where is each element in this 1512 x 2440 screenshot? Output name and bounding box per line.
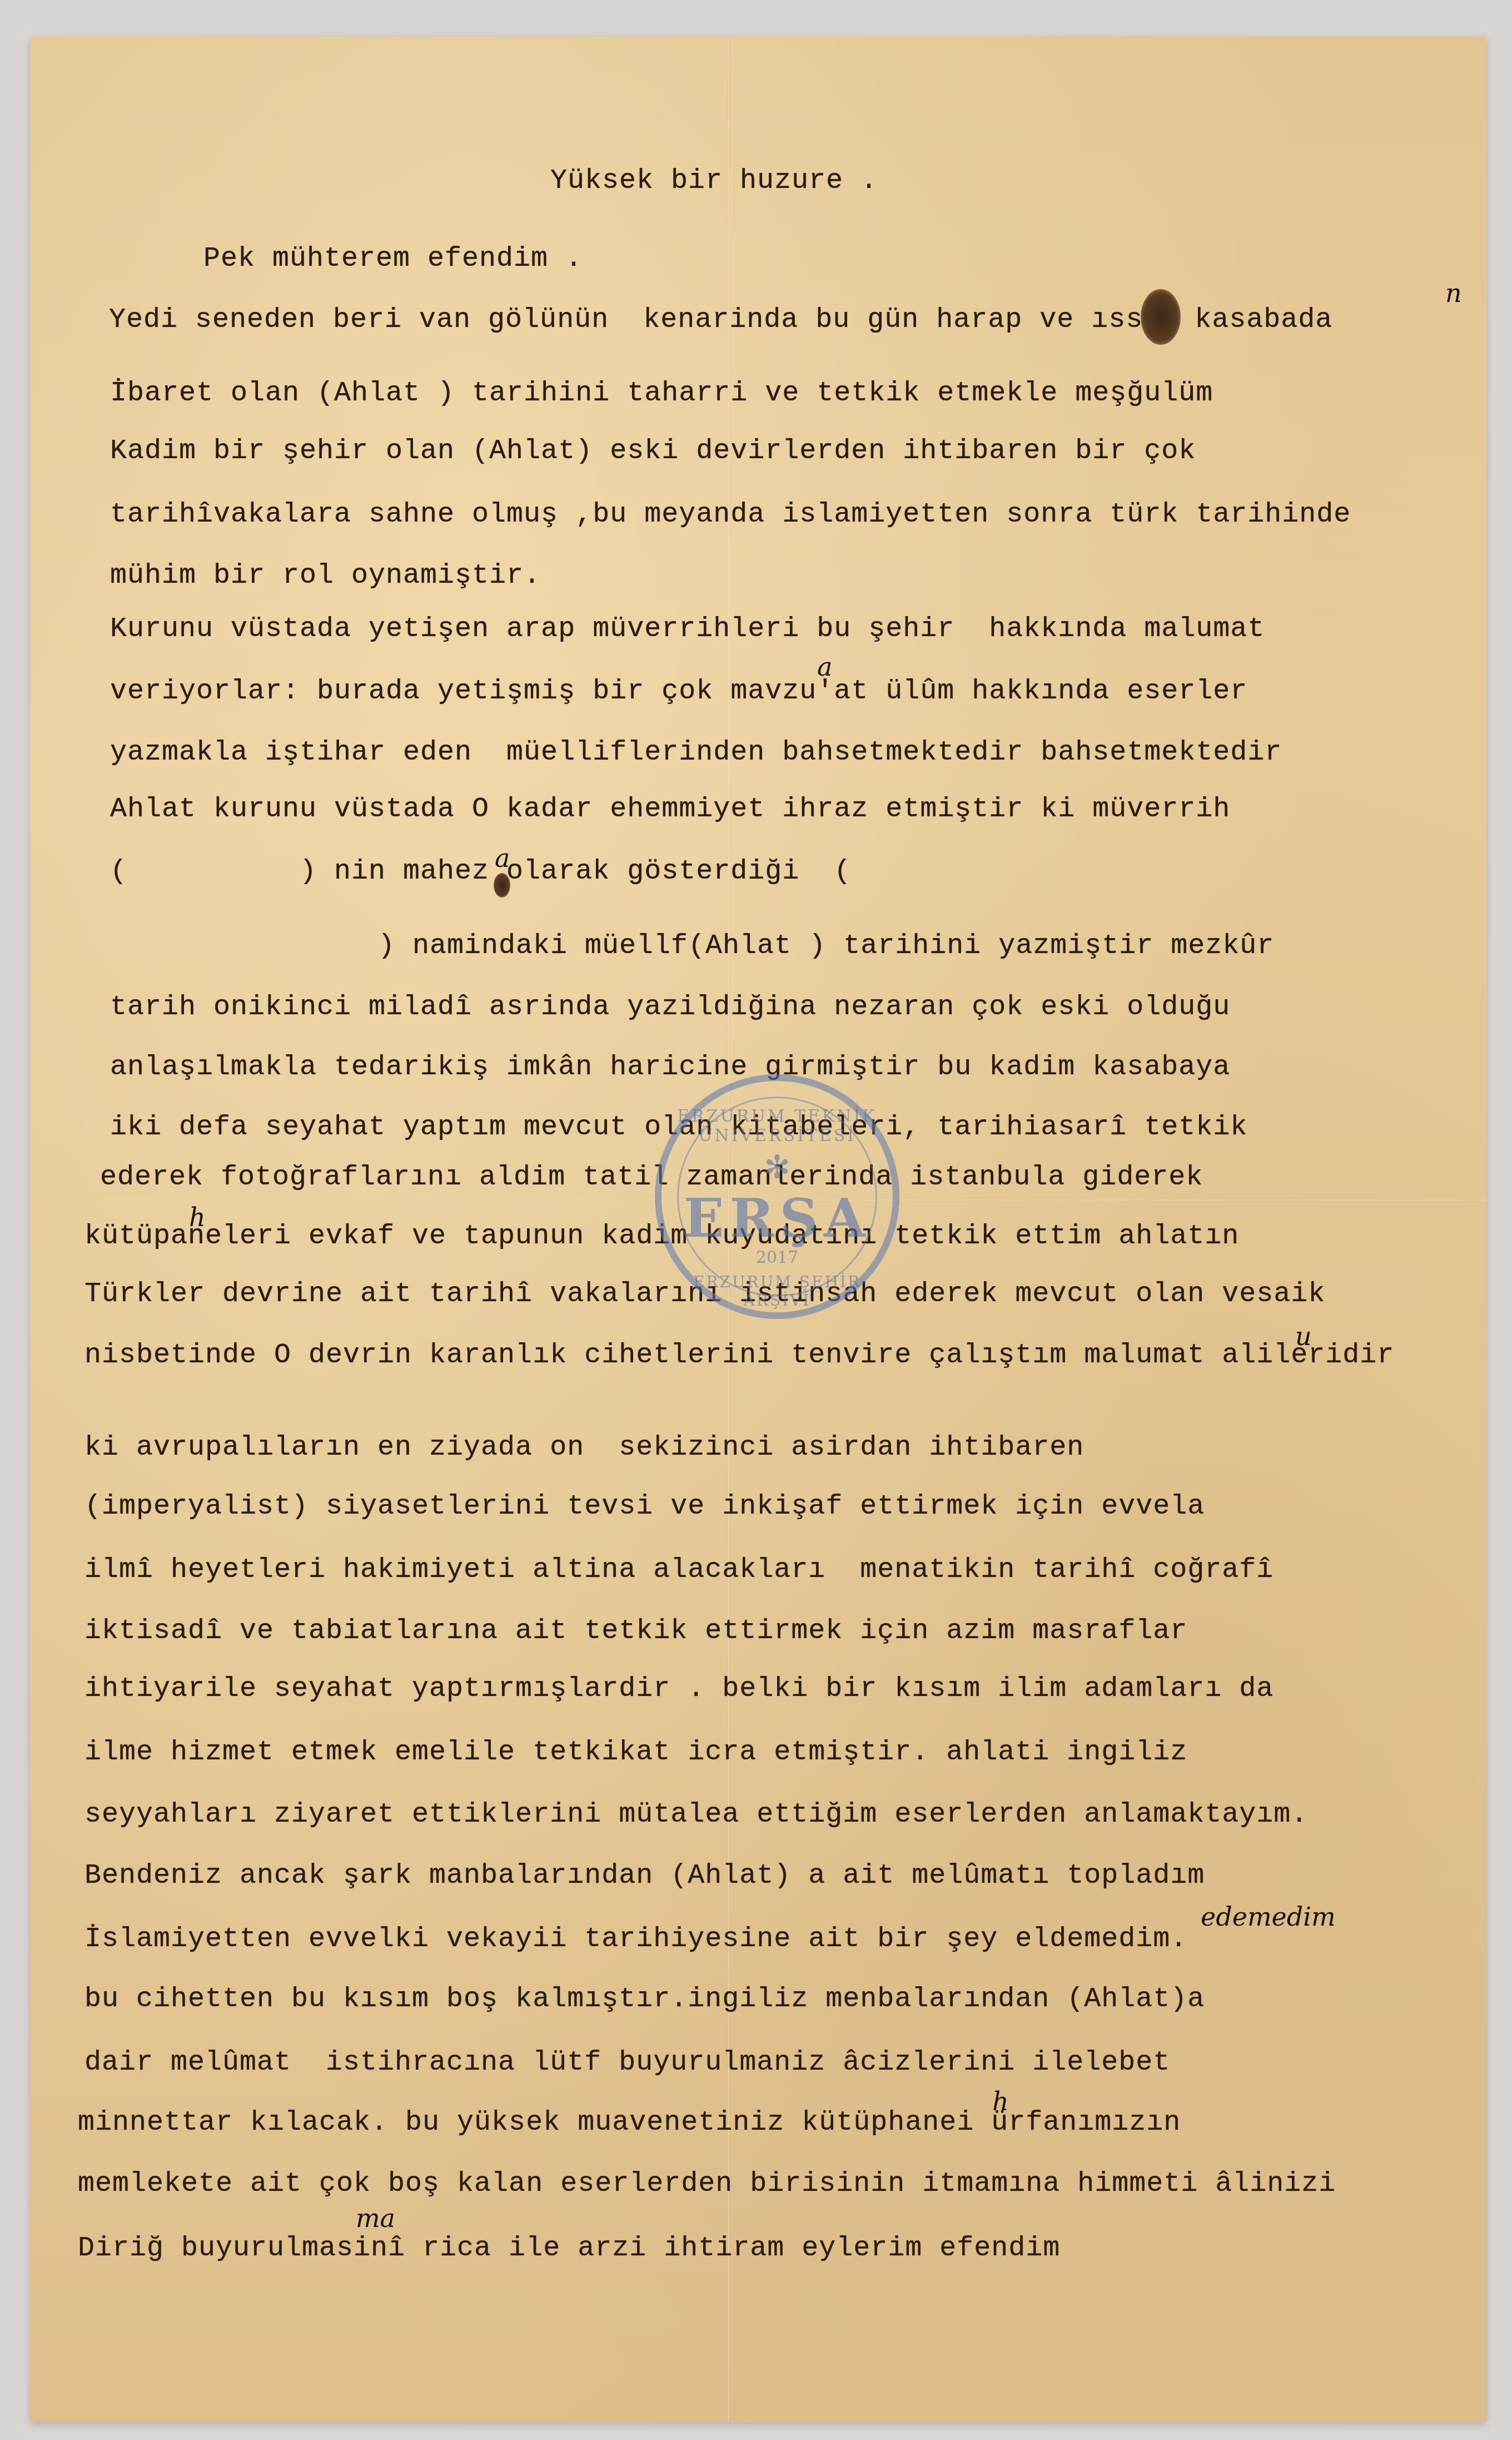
text-line: ( ) nin mahez olarak gösterdiği (	[110, 856, 851, 887]
snowflake-logo-icon: ✻	[661, 1142, 893, 1191]
text-line: Kadim bir şehir olan (Ahlat) eski devirl…	[110, 436, 1196, 467]
text-line: iktisadî ve tabiatlarına ait tetkik etti…	[84, 1616, 1187, 1647]
text-line: ilmî heyetleri hakimiyeti altina alacakl…	[84, 1555, 1274, 1586]
handwritten-correction: n	[1445, 278, 1462, 308]
text-line: mühim bir rol oynamiştir.	[110, 561, 541, 592]
archive-stamp: ERZURUM TEKNİK ÜNİVERSİTESİ ✻ ERŞA 2017 …	[655, 1074, 899, 1319]
text-line: ) namindaki müellf(Ahlat ) tarihini yazm…	[378, 931, 1274, 962]
text-line: Ahlat kurunu vüstada O kadar ehemmiyet i…	[110, 794, 1230, 825]
text-line: Bendeniz ancak şark manbalarından (Ahlat…	[84, 1861, 1205, 1892]
handwritten-correction: h	[189, 1202, 206, 1232]
document-title: Yüksek bir huzure .	[550, 166, 878, 197]
text-line: anlaşılmakla tedarikiş imkân haricine gi…	[110, 1052, 1230, 1083]
salutation: Pek mühterem efendim .	[203, 244, 583, 275]
text-line: ki avrupalıların en ziyada on sekizinci …	[84, 1432, 1084, 1464]
text-line: bu cihetten bu kısım boş kalmıştır.ingil…	[84, 1984, 1205, 2015]
handwritten-correction: ma	[356, 2203, 395, 2233]
stamp-center-text: ERŞA	[661, 1187, 893, 1249]
text-line: (imperyalist) siyasetlerini tevsi ve ink…	[84, 1491, 1205, 1522]
stamp-bottom-text: ERZURUM ŞEHİR ARŞİVİ	[661, 1273, 893, 1310]
text-line: memlekete ait çok boş kalan eserlerden b…	[78, 2169, 1336, 2200]
handwritten-correction: h	[992, 2086, 1009, 2116]
handwritten-correction: u	[1295, 1321, 1312, 1351]
stamp-year: 2017	[661, 1248, 893, 1267]
handwritten-correction: edemedim	[1201, 1902, 1336, 1932]
text-line: veriyorlar: burada yetişmiş bir çok mavz…	[110, 676, 1247, 707]
ink-blot	[494, 873, 510, 897]
ink-blot	[1141, 289, 1181, 345]
text-line: Kurunu vüstada yetişen arap müverrihleri…	[110, 614, 1265, 645]
text-line: tarih onikinci miladî asrinda yazildiğin…	[110, 992, 1230, 1023]
handwritten-correction: a	[817, 652, 832, 682]
text-line: İslamiyetten evvelki vekayii tarihiyesin…	[84, 1924, 1187, 1955]
stamp-top-text: ERZURUM TEKNİK ÜNİVERSİTESİ	[661, 1107, 893, 1145]
text-line: nisbetinde O devrin karanlık cihetlerini…	[84, 1340, 1394, 1371]
text-line: Diriğ buyurulmasinî rica ile arzi ihtira…	[78, 2233, 1060, 2264]
text-line: İbaret olan (Ahlat ) tarihini taharri ve…	[110, 378, 1213, 409]
text-line: minnettar kılacak. bu yüksek muavenetini…	[78, 2107, 1181, 2139]
text-line: ederek fotoğraflarını aldim tatil zamanl…	[100, 1162, 1203, 1193]
text-line: ihtiyarile seyahat yaptırmışlardir . bel…	[84, 1674, 1274, 1705]
text-line: seyyahları ziyaret ettiklerini mütalea e…	[84, 1799, 1308, 1831]
text-line: yazmakla iştihar eden müelliflerinden ba…	[110, 737, 1282, 768]
text-line: ilme hizmet etmek emelile tetkikat icra …	[84, 1737, 1187, 1768]
text-line: tarihîvakalara sahne olmuş ,bu meyanda i…	[110, 499, 1351, 530]
text-line: dair melûmat istihracına lütf buyurulman…	[84, 2047, 1170, 2079]
handwritten-correction: a	[495, 843, 510, 873]
